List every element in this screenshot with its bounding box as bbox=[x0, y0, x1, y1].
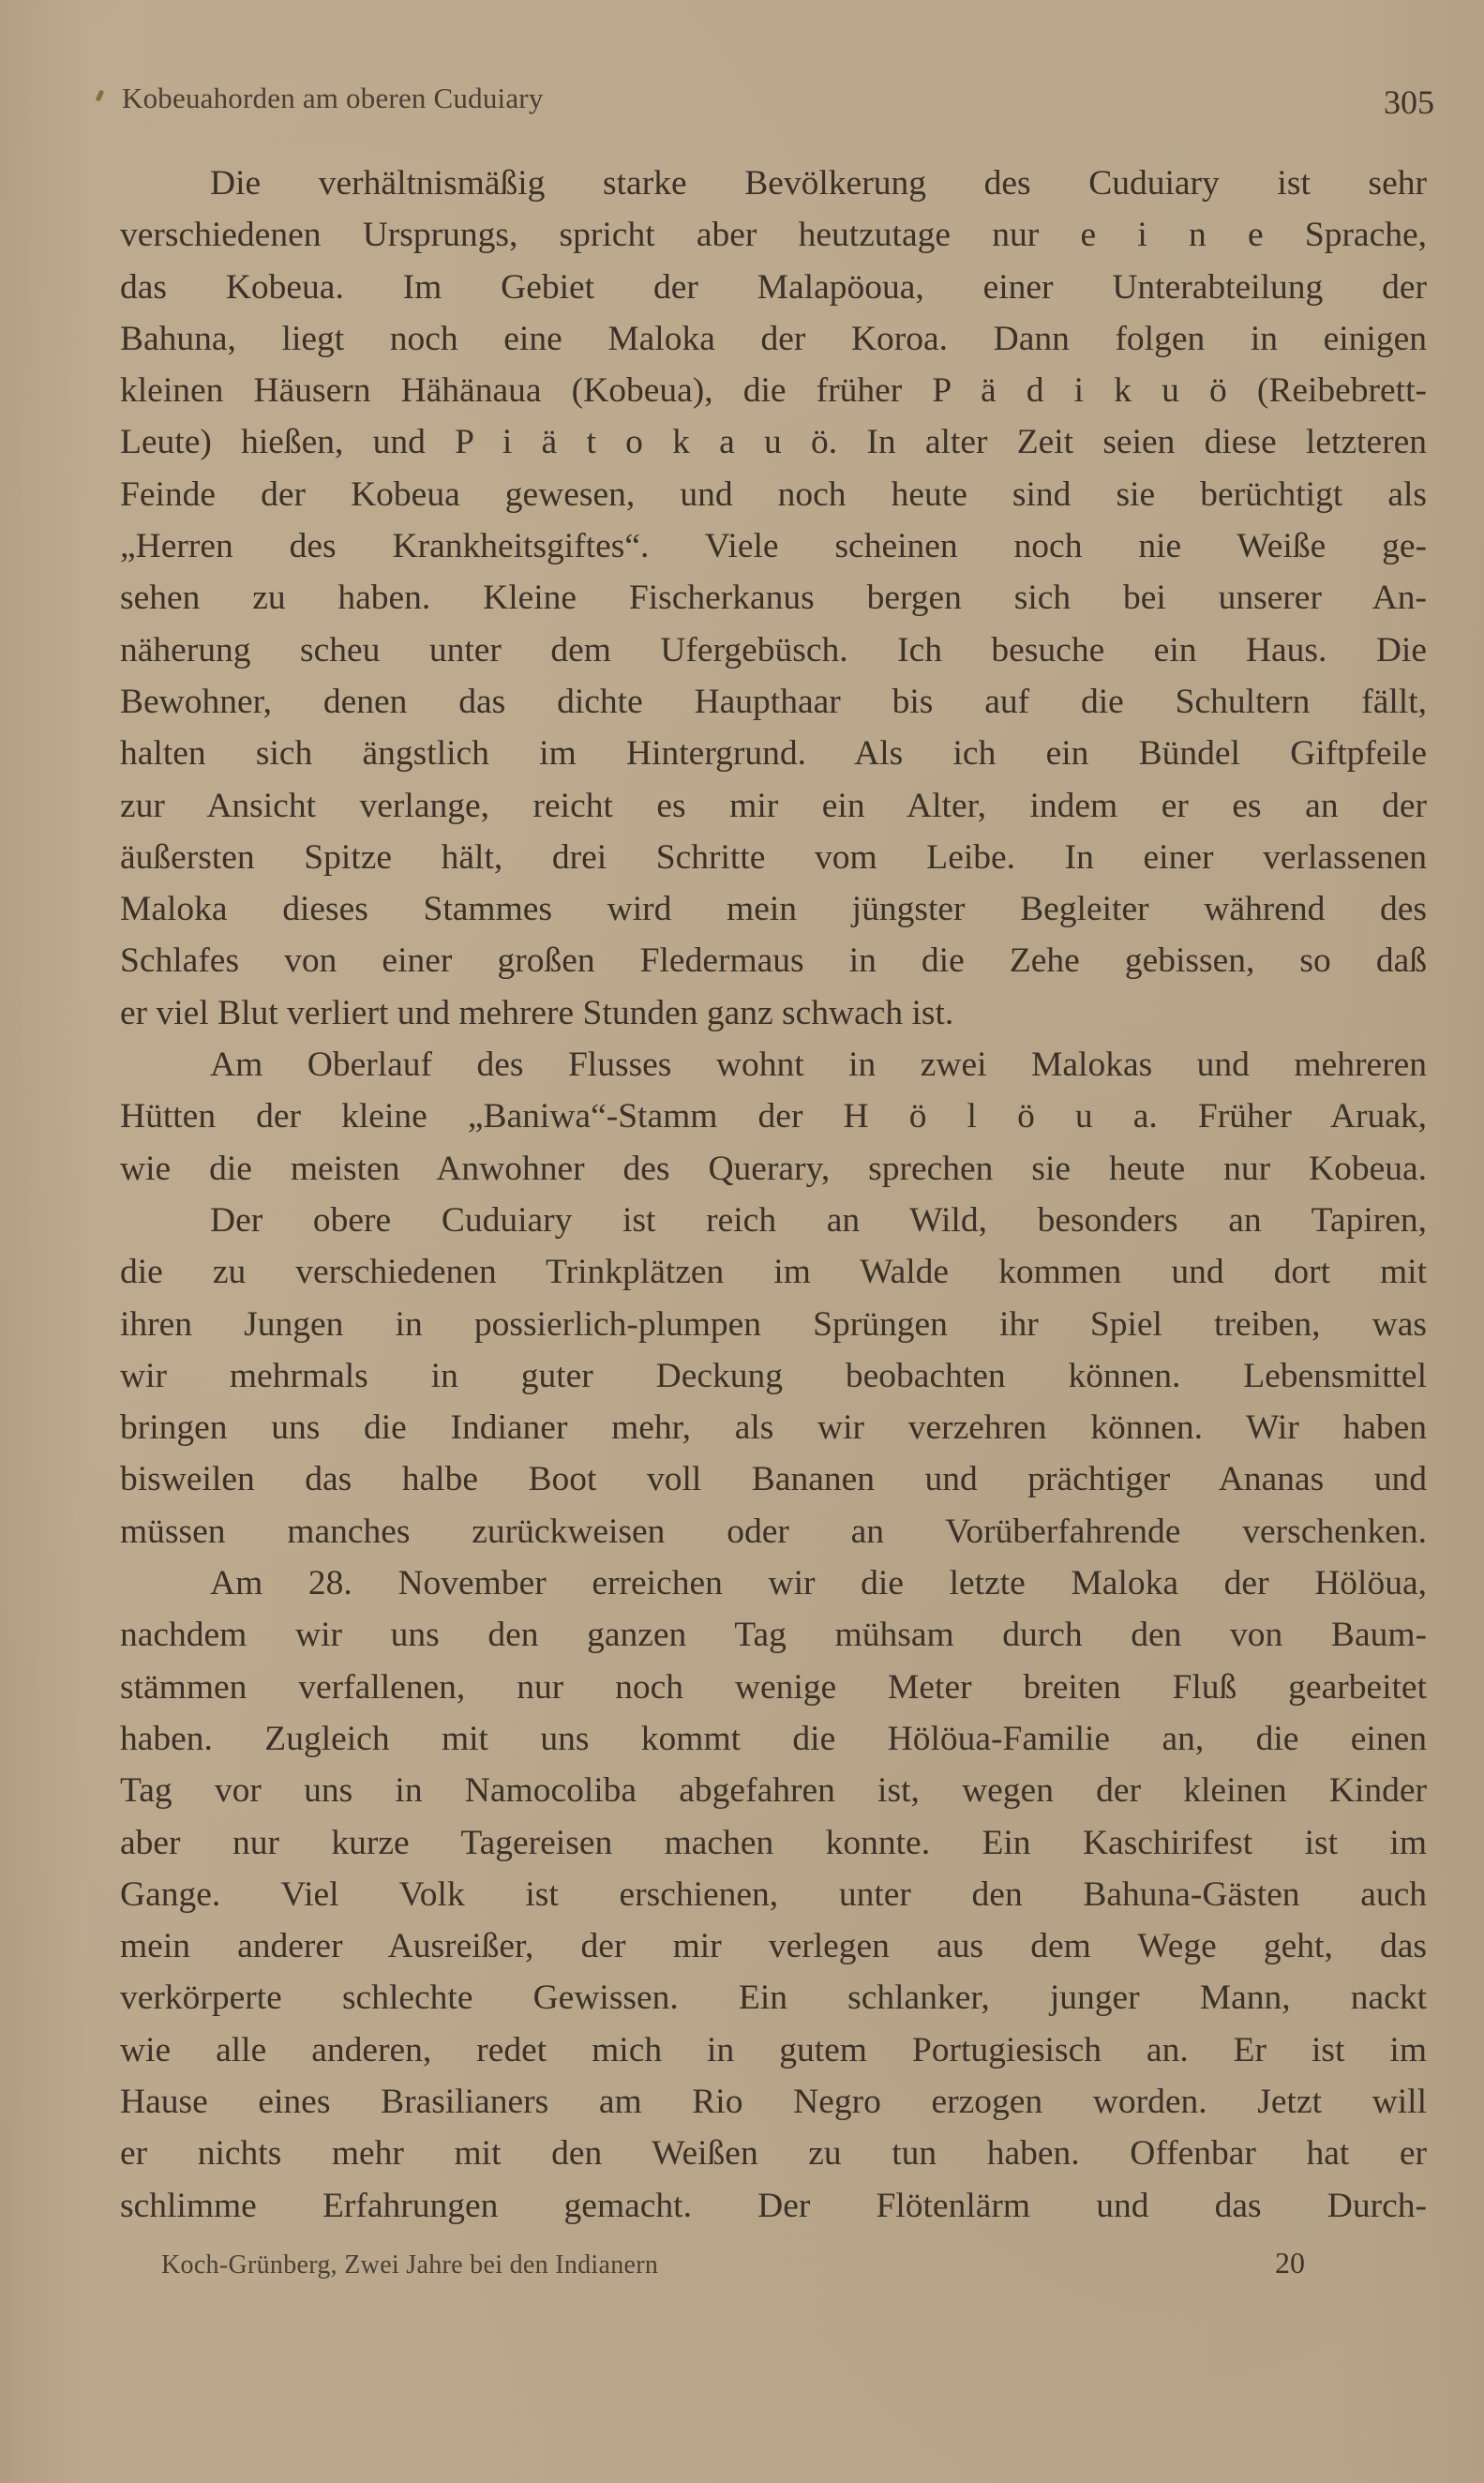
text-line: zur Ansicht verlange, reicht es mir ein … bbox=[120, 780, 1427, 832]
text-line: Gange. Viel Volk ist erschienen, unter d… bbox=[120, 1869, 1427, 1920]
text-line: haben. Zugleich mit uns kommt die Hölöua… bbox=[120, 1713, 1427, 1765]
text-line: Der obere Cuduiary ist reich an Wild, be… bbox=[120, 1195, 1427, 1246]
text-line: Hause eines Brasilianers am Rio Negro er… bbox=[120, 2076, 1427, 2128]
body-text: Die verhältnismäßig starke Bevölkerung d… bbox=[120, 158, 1427, 2232]
text-line: ihren Jungen in possierlich-plumpen Sprü… bbox=[120, 1299, 1427, 1350]
text-line: Maloka dieses Stammes wird mein jüngster… bbox=[120, 883, 1427, 935]
running-header: Kobeuahorden am oberen Cuduiary 305 bbox=[122, 77, 1434, 114]
text-line: aber nur kurze Tagereisen machen konnte.… bbox=[120, 1817, 1427, 1869]
running-title: Kobeuahorden am oberen Cuduiary bbox=[122, 82, 544, 115]
text-line: halten sich ängstlich im Hintergrund. Al… bbox=[120, 728, 1427, 779]
text-line: Die verhältnismäßig starke Bevölkerung d… bbox=[120, 158, 1427, 209]
book-page: Kobeuahorden am oberen Cuduiary 305 Die … bbox=[0, 0, 1484, 2483]
text-line: die zu verschiedenen Trinkplätzen im Wal… bbox=[120, 1246, 1427, 1298]
text-line: Schlafes von einer großen Fledermaus in … bbox=[120, 935, 1427, 986]
signature-mark: 20 bbox=[1275, 2246, 1305, 2280]
text-line: „Herren des Krankheitsgiftes“. Viele sch… bbox=[120, 520, 1427, 572]
text-line: wie die meisten Anwohner des Querary, sp… bbox=[120, 1143, 1427, 1195]
text-line: stämmen verfallenen, nur noch wenige Met… bbox=[120, 1662, 1427, 1713]
text-line: Tag vor uns in Namocoliba abgefahren ist… bbox=[120, 1765, 1427, 1816]
text-line: wir mehrmals in guter Deckung beobachten… bbox=[120, 1350, 1427, 1402]
text-line: bringen uns die Indianer mehr, als wir v… bbox=[120, 1402, 1427, 1453]
text-line: Bahuna, liegt noch eine Maloka der Koroa… bbox=[120, 313, 1427, 365]
text-line: näherung scheu unter dem Ufergebüsch. Ic… bbox=[120, 625, 1427, 676]
text-line: Am 28. November erreichen wir die letzte… bbox=[120, 1558, 1427, 1609]
text-line: das Kobeua. Im Gebiet der Malapöoua, ein… bbox=[120, 262, 1427, 313]
text-line: Am Oberlauf des Flusses wohnt in zwei Ma… bbox=[120, 1039, 1427, 1091]
source-citation: Koch-Grünberg, Zwei Jahre bei den Indian… bbox=[161, 2250, 658, 2280]
text-line: mein anderer Ausreißer, der mir verlegen… bbox=[120, 1920, 1427, 1972]
page-number: 305 bbox=[1384, 83, 1434, 122]
ink-speck bbox=[96, 90, 105, 102]
text-line: bisweilen das halbe Boot voll Bananen un… bbox=[120, 1453, 1427, 1505]
text-line: er nichts mehr mit den Weißen zu tun hab… bbox=[120, 2128, 1427, 2179]
text-line: sehen zu haben. Kleine Fischerkanus berg… bbox=[120, 572, 1427, 624]
text-line: nachdem wir uns den ganzen Tag mühsam du… bbox=[120, 1609, 1427, 1661]
text-line: äußersten Spitze hält, drei Schritte vom… bbox=[120, 832, 1427, 883]
text-line: Bewohner, denen das dichte Haupthaar bis… bbox=[120, 676, 1427, 728]
text-line: Feinde der Kobeua gewesen, und noch heut… bbox=[120, 469, 1427, 520]
text-line: kleinen Häusern Hähänaua (Kobeua), die f… bbox=[120, 365, 1427, 416]
text-line: verkörperte schlechte Gewissen. Ein schl… bbox=[120, 1972, 1427, 2024]
text-line: Hütten der kleine „Baniwa“-Stamm der H ö… bbox=[120, 1091, 1427, 1142]
text-line: müssen manches zurückweisen oder an Vorü… bbox=[120, 1506, 1427, 1558]
text-line: schlimme Erfahrungen gemacht. Der Flöten… bbox=[120, 2180, 1427, 2232]
text-line: verschiedenen Ursprungs, spricht aber he… bbox=[120, 209, 1427, 261]
page-footer: Koch-Grünberg, Zwei Jahre bei den Indian… bbox=[161, 2246, 1305, 2280]
text-line: Leute) hießen, und P i ä t o k a u ö. In… bbox=[120, 416, 1427, 468]
text-line: er viel Blut verliert und mehrere Stunde… bbox=[120, 987, 1427, 1039]
text-line: wie alle anderen, redet mich in gutem Po… bbox=[120, 2024, 1427, 2076]
